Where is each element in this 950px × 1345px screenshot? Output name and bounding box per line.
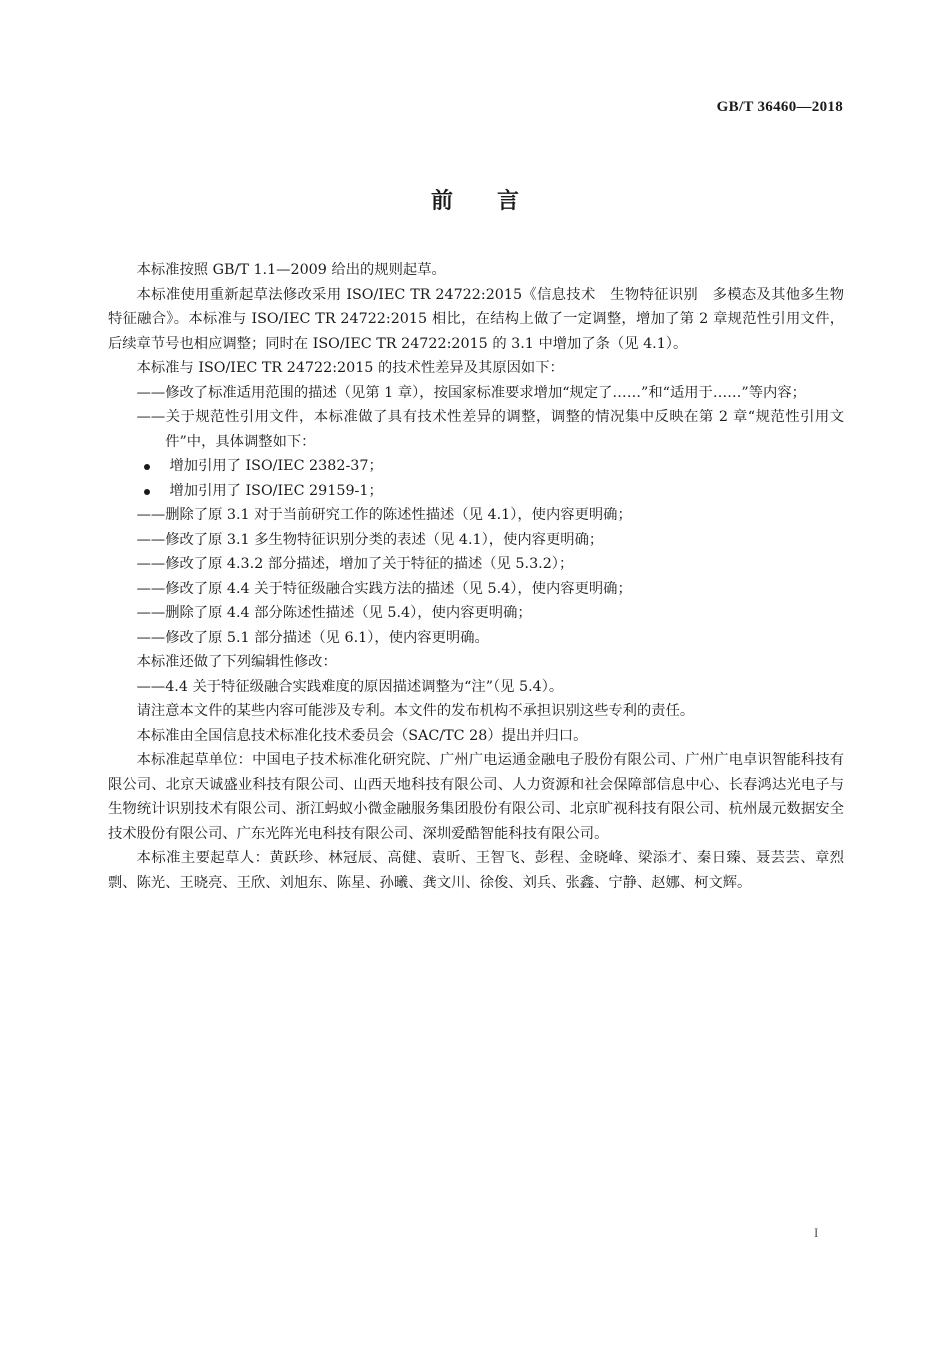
- document-body: 本标准按照 GB/T 1.1—2009 给出的规则起草。 本标准使用重新起草法修…: [108, 258, 844, 895]
- dash-mark: ——: [137, 528, 166, 553]
- dash-mark: ——: [137, 675, 166, 700]
- list-item: ——修改了原 5.1 部分描述（见 6.1），使内容更明确。: [108, 626, 844, 651]
- page-number: I: [814, 1225, 818, 1241]
- bullet-item: 增加引用了 ISO/IEC 29159-1；: [108, 479, 844, 504]
- list-item: ——关于规范性引用文件，本标准做了具有技术性差异的调整，调整的情况集中反映在第 …: [108, 405, 844, 454]
- paragraph-committee: 本标准由全国信息技术标准化技术委员会（SAC/TC 28）提出并归口。: [108, 724, 844, 749]
- list-item: ——修改了标准适用范围的描述（见第 1 章），按国家标准要求增加“规定了……”和…: [108, 381, 844, 406]
- list-item: ——4.4 关于特征级融合实践难度的原因描述调整为“注”（见 5.4）。: [108, 675, 844, 700]
- paragraph-adoption: 本标准使用重新起草法修改采用 ISO/IEC TR 24722:2015《信息技…: [108, 283, 844, 357]
- dash-mark: ——: [137, 405, 166, 430]
- dash-mark: ——: [137, 503, 166, 528]
- bullet-item: 增加引用了 ISO/IEC 2382-37；: [108, 454, 844, 479]
- dash-mark: ——: [137, 552, 166, 577]
- paragraph-tech-diffs-intro: 本标准与 ISO/IEC TR 24722:2015 的技术性差异及其原因如下：: [108, 356, 844, 381]
- paragraph-editorial-intro: 本标准还做了下列编辑性修改：: [108, 650, 844, 675]
- standard-code: GB/T 36460—2018: [717, 99, 843, 116]
- paragraph-drafting-rules: 本标准按照 GB/T 1.1—2009 给出的规则起草。: [108, 258, 844, 283]
- bullet-icon: [144, 489, 150, 495]
- dash-mark: ——: [137, 381, 166, 406]
- dash-mark: ——: [137, 577, 166, 602]
- page-title: 前言: [0, 184, 950, 215]
- list-item: ——删除了原 4.4 部分陈述性描述（见 5.4），使内容更明确；: [108, 601, 844, 626]
- dash-mark: ——: [137, 626, 166, 651]
- list-item: ——修改了原 4.3.2 部分描述，增加了关于特征的描述（见 5.3.2）；: [108, 552, 844, 577]
- list-item: ——修改了原 4.4 关于特征级融合实践方法的描述（见 5.4），使内容更明确；: [108, 577, 844, 602]
- paragraph-drafting-units: 本标准起草单位：中国电子技术标准化研究院、广州广电运通金融电子股份有限公司、广州…: [108, 748, 844, 846]
- list-item: ——修改了原 3.1 多生物特征识别分类的表述（见 4.1），使内容更明确；: [108, 528, 844, 553]
- paragraph-drafters: 本标准主要起草人：黄跃珍、林冠辰、高健、袁昕、王智飞、彭程、金晓峰、梁添才、秦日…: [108, 846, 844, 895]
- paragraph-patent-notice: 请注意本文件的某些内容可能涉及专利。本文件的发布机构不承担识别这些专利的责任。: [108, 699, 844, 724]
- dash-mark: ——: [137, 601, 166, 626]
- bullet-icon: [144, 464, 150, 470]
- list-item: ——删除了原 3.1 对于当前研究工作的陈述性描述（见 4.1），使内容更明确；: [108, 503, 844, 528]
